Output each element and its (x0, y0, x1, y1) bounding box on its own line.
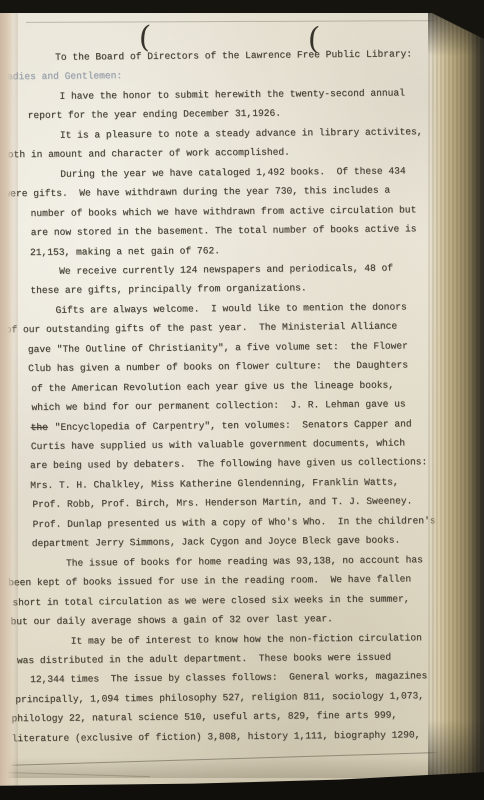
typewritten-text: To the Board of Directors of the Lawrenc… (0, 0, 484, 800)
book-binding (428, 0, 484, 800)
document-line: I have the honor to submit herewith the … (59, 83, 405, 105)
document-line: but our daily average shows a gain of 32… (10, 609, 333, 631)
document-line: To the Board of Directors of the Lawrenc… (55, 44, 412, 66)
document-line: these are gifts, principally from organi… (30, 279, 307, 301)
scanned-page: To the Board of Directors of the Lawrenc… (0, 0, 484, 800)
document-line: It is a pleasure to note a steady advanc… (60, 122, 423, 144)
scan-border-top (0, 0, 484, 13)
document-line: both in amount and character of work acc… (2, 143, 290, 165)
document-line: report for the year ending December 31,1… (28, 104, 281, 125)
document-line: We receive currently 124 newspapers and … (59, 258, 393, 280)
document-line: short in total circulation as we were cl… (12, 589, 409, 612)
document-line: Ladies and Gentlemen: (1, 67, 122, 87)
document-line: 21,153, making a net gain of 762. (30, 241, 220, 262)
document-line: literature (exclusive of fiction) 3,808,… (12, 725, 421, 748)
page-left-edge (0, 0, 18, 800)
pen-mark: ( (307, 24, 321, 55)
struck-word: the (31, 421, 48, 432)
document-line: are now stored in the basement. The tota… (31, 219, 417, 242)
pen-mark: ( (138, 23, 152, 54)
